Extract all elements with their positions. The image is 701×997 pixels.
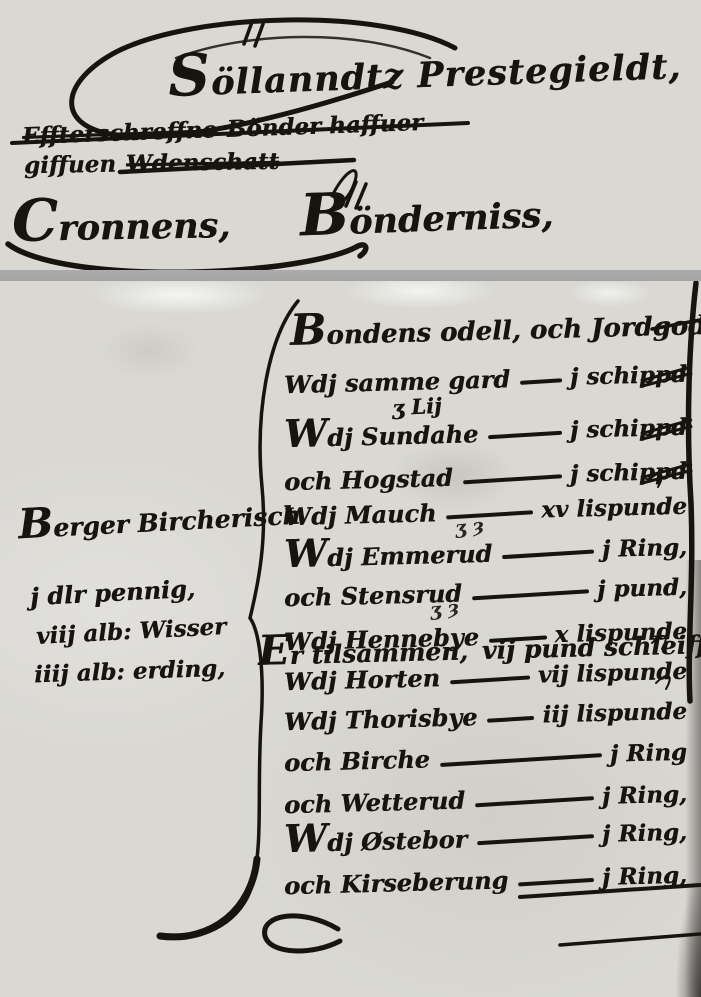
ledger-dash	[472, 589, 589, 600]
line-lead: giffuen	[24, 151, 116, 180]
rent-amount: j schippd	[570, 361, 688, 391]
farm-name: och Hogstad	[284, 463, 454, 496]
ledger-dash	[477, 834, 594, 845]
farm-name: Wdj Østebor	[284, 822, 468, 858]
farm-name: och Stensrud	[284, 579, 463, 613]
ledger-dash	[463, 474, 562, 484]
scan-divider-band	[0, 270, 701, 281]
rent-amount: j Ring,	[602, 781, 688, 810]
farm-name: Wdj samme gard	[284, 364, 511, 399]
right-column-heading: Bönderniss,	[299, 184, 554, 245]
ledger-dash	[475, 796, 594, 807]
farm-name: Wdj Emmerud	[284, 537, 493, 573]
ledger-dash	[440, 753, 602, 766]
rent-amount: j Ring	[610, 739, 688, 768]
ledger-dash	[502, 549, 594, 558]
rent-amount: j schippd	[570, 458, 688, 488]
rent-amount: j Ring,	[602, 819, 688, 848]
farm-name: Wdj Sundahe	[284, 417, 479, 453]
farm-name: Wdj Mauch	[284, 498, 437, 531]
rent-amount: j Ring,	[602, 534, 688, 563]
ledger-dash	[518, 878, 594, 886]
ledger-dash	[487, 716, 534, 722]
interline-insertion: ʒ Lij	[391, 393, 442, 421]
rent-amount: j Ring,	[602, 862, 688, 891]
farm-name: och Wetterud	[284, 786, 466, 820]
crossed-out-line-2: giffuenWdenschatt	[24, 148, 279, 179]
struck-word: Wdenschatt	[126, 148, 280, 178]
ledger-dash	[450, 675, 530, 683]
total-amount: vij pund schleiff	[482, 630, 701, 665]
total-label: Er tilsammen,	[258, 628, 469, 670]
rent-amount: xv lispunde	[541, 493, 687, 524]
ledger-dash	[446, 510, 533, 519]
manuscript-page: Söllanndtz Prestegieldt, Effterschreffne…	[0, 0, 701, 997]
bottom-right-edge-shadow	[675, 877, 701, 997]
left-column-heading: Cronnens,	[12, 194, 231, 250]
rent-amount: j pund,	[597, 574, 688, 603]
farm-name: Wdj Thorisbye	[284, 702, 478, 736]
ledger-dash	[520, 378, 562, 384]
farm-name: och Birche	[284, 744, 431, 777]
farm-name: och Kirseberung	[284, 865, 509, 900]
ledger-dash	[488, 430, 562, 438]
rent-amount: j schippd	[570, 414, 688, 444]
rent-amount: iij lispunde	[542, 698, 687, 729]
